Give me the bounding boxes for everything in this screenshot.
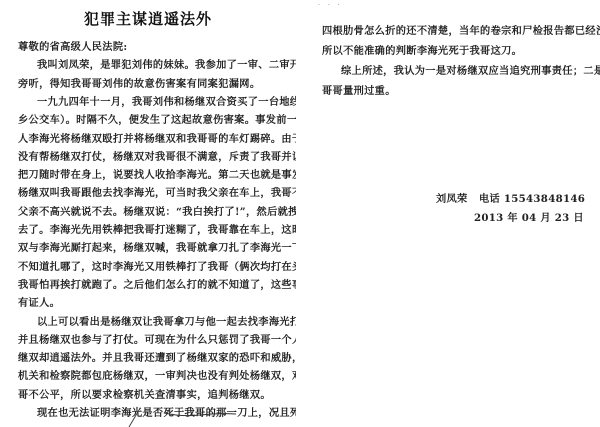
letter-page-left: 犯罪主谋逍遥法外 尊敬的省高级人民法院:我叫刘凤荣，是罪犯刘伟的妹妹。我参加了一… [0, 0, 296, 427]
text-line: 我叫刘凤荣，是罪犯刘伟的妹妹。我参加了一审、二审开庭时 [37, 58, 296, 72]
scan-specks: · · · [318, 2, 343, 9]
text-line: 综上所述，我认为一是对杨继双应当追究刑事责任；二是对我 [341, 64, 600, 78]
text-line: 并且杨继双也参与了打仗。可现在为什么只惩罚了我哥一个人，杨 [18, 333, 296, 347]
text-line: 父亲不高兴就说不去。杨继双说：“我白挨打了!”，然后就拽着我哥 [18, 205, 296, 219]
text-line: 哥不公平，所以要求检察机关查清事实，追判杨继双。 [18, 388, 271, 402]
signature-name: 刘凤荣 [436, 193, 467, 205]
text-line: 以上可以看出是杨继双让我哥拿刀与他一起去找李海光打仗， [37, 315, 296, 329]
text-line: 有证人。 [18, 296, 60, 310]
signature-line: 刘凤荣 电话 15543848146 [436, 190, 585, 205]
text-line: 尊敬的省高级人民法院: [18, 40, 128, 54]
text-line: 不知道扎哪了，这时李海光又用铁棒打了我哥（俩次均打在头部）， [18, 260, 296, 274]
phone-number: 15543848146 [504, 193, 585, 205]
signature-date: 2013 年 04 月 23 日 [474, 209, 584, 224]
text-line: 我哥怕再挨打就跑了。之后他们怎么打的就不知道了，这些事情都 [18, 278, 296, 292]
text-line: 机关和检察院都包庇杨继双，一审判决也没有判处杨继双，对我哥 [18, 369, 296, 383]
text-line: 双与李海光厮打起来，杨继双喊，我哥就拿刀扎了李海光一下，但 [18, 241, 296, 255]
text-line: 所以不能准确的判断李海光死于我哥这刀。 [322, 44, 522, 58]
text-line: 没有帮杨继双打仗，杨继双对我哥很不满意，斥责了我哥并让我哥 [18, 150, 296, 164]
phone-label: 电话 [479, 193, 500, 205]
text-line: 哥哥量刑过重。 [322, 84, 396, 98]
text-line: 乡公交车）。时隔不久，便发生了这起故意伤害案。事发前一天被害 [18, 113, 296, 127]
handwritten-underline [164, 411, 236, 417]
text-line: 四根肋骨怎么折的还不清楚，当年的卷宗和尸检报告都已经没有了， [322, 24, 600, 38]
text-line: 去了。李海光先用铁棒把我哥打迷糊了，我哥靠在车上，这时杨继 [18, 223, 296, 237]
text-line: 一九九四年十一月，我哥刘伟和杨继双合资买了一台地线车（城 [37, 95, 296, 109]
letter-page-right: · · · 四根肋骨怎么折的还不清楚，当年的卷宗和尸检报告都已经没有了，所以不能… [304, 0, 600, 427]
text-line: 人李海光将杨继双殴打并将杨继双和我哥哥的车灯踢碎。由于我哥 [18, 132, 296, 146]
text-line: 继双却逍遥法外。并且我哥还遭到了杨继双家的恐吓和威胁，公安 [18, 351, 296, 365]
handwritten-pen-mark [125, 410, 145, 427]
document-title: 犯罪主谋逍遥法外 [0, 8, 296, 29]
text-line: 旁听，得知我哥哥刘伟的故意伤害案有同案犯漏网。 [18, 77, 260, 91]
text-line: 把刀随时带在身上，说要找人收拾李海光。第二天也就是事发当天， [18, 168, 296, 182]
text-line: 杨继双叫我哥跟他去找李海光，可当时我父亲在车上，我哥不想惹 [18, 186, 296, 200]
